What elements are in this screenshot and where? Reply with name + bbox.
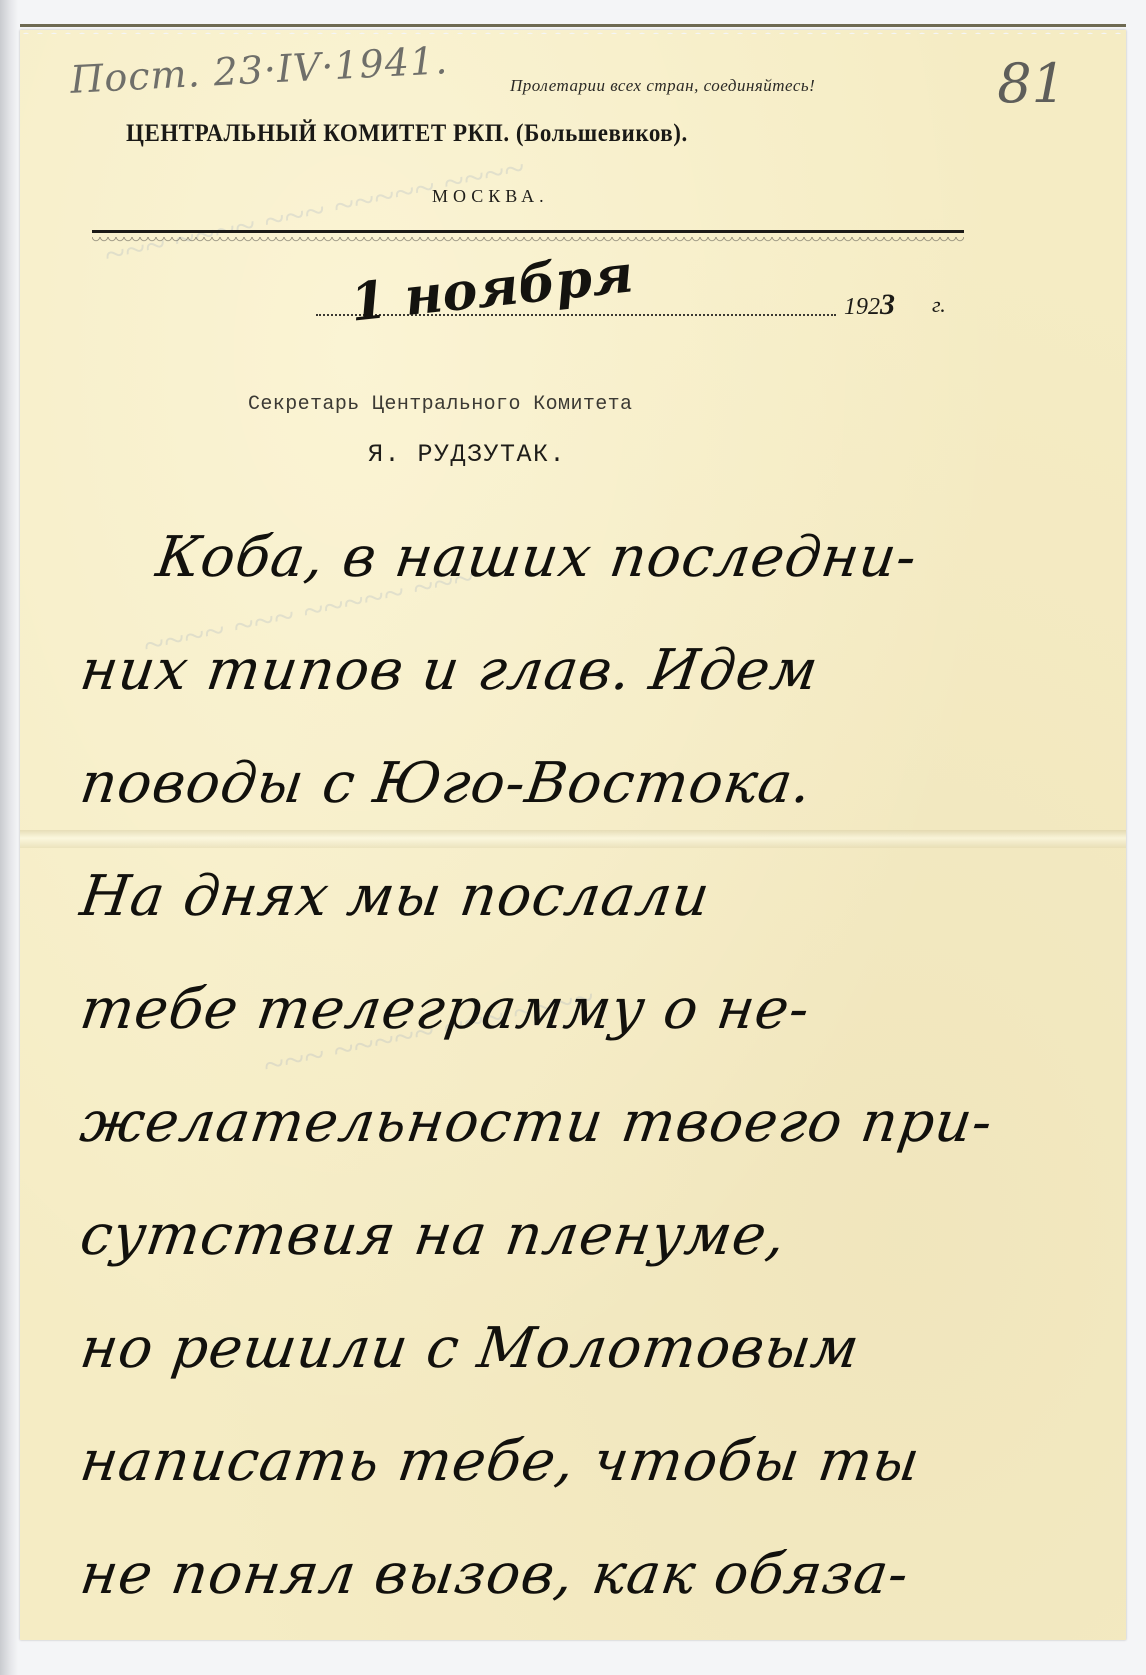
- body-line: них типов и глав. Идем: [72, 621, 1128, 734]
- archive-pencil-note: Пост. 23·IV·1941.: [69, 38, 449, 102]
- body-line: желательности твоего при-: [72, 1073, 1128, 1186]
- letter-body: Коба, в наших последни- них типов и глав…: [72, 508, 1112, 1638]
- secretary-name: Я. РУДЗУТАК.: [368, 440, 566, 469]
- letterhead-city: МОСКВА.: [432, 186, 549, 207]
- date-suffix: г.: [932, 292, 946, 318]
- letterhead-title: ЦЕНТРАЛЬНЫЙ КОМИТЕТ РКП. (Большевиков).: [126, 120, 917, 148]
- date-year-printed: 192: [844, 294, 880, 320]
- body-line: На днях мы послали: [72, 847, 1128, 960]
- letterhead-wavy-rule: [92, 237, 964, 243]
- letter-sheet: ~~~ ~~~~ ~~~ ~~~~~ ~~~~ ~~~~ ~~~ ~~~~~ ~…: [20, 30, 1126, 1640]
- perforated-edge: [20, 24, 1126, 34]
- body-line: тебе телеграмму о не-: [72, 960, 1128, 1073]
- date-year: 1923: [844, 288, 895, 322]
- body-line: написать тебе, чтобы ты: [72, 1412, 1128, 1525]
- page-number: 81: [997, 52, 1066, 115]
- body-line: но решили с Молотовым: [72, 1299, 1128, 1412]
- letterhead-rule: [92, 230, 964, 233]
- body-line: сутствия на пленуме,: [72, 1186, 1128, 1299]
- body-line: Коба, в наших последни-: [72, 508, 1128, 621]
- handwritten-date: 1 ноября: [348, 243, 636, 333]
- show-through-ink: ~~~ ~~~~ ~~~ ~~~~~ ~~~~: [100, 146, 528, 278]
- letterhead-motto: Пролетарии всех стран, соединяйтесь!: [510, 76, 815, 96]
- date-year-handwritten: 3: [880, 288, 895, 321]
- body-line: не понял вызов, как обяза-: [72, 1525, 1128, 1638]
- secretary-title: Секретарь Центрального Комитета: [248, 393, 632, 416]
- scan-edge: [0, 0, 18, 1675]
- body-line: поводы с Юго-Востока.: [72, 734, 1128, 847]
